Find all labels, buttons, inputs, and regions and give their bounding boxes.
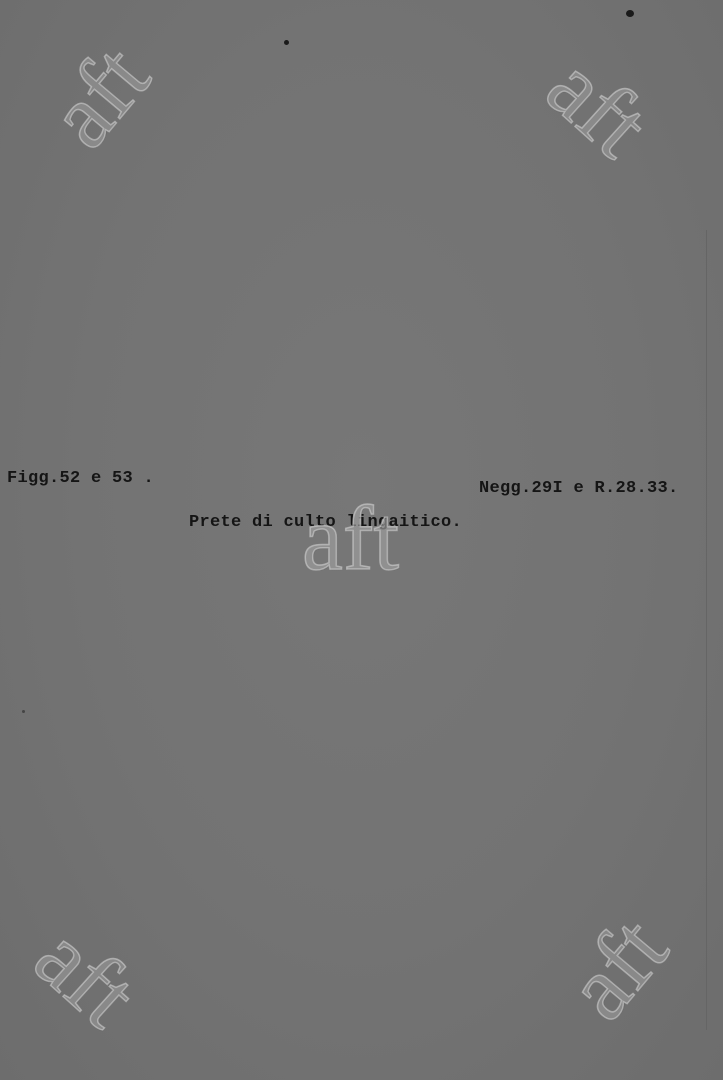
watermark-top-left: aft	[32, 29, 165, 162]
watermark-bottom-left: aft	[20, 909, 154, 1042]
negative-reference: Negg.29I e R.28.33.	[479, 479, 679, 498]
ink-speck	[22, 710, 25, 713]
scanned-card: aft aft aft aft Figg.52 e 53 . Negg.29I …	[0, 0, 723, 1080]
watermark-bottom-right: aft	[550, 901, 683, 1034]
watermark-top-right: aft	[532, 39, 666, 172]
ink-speck	[626, 10, 634, 17]
ink-speck	[284, 40, 289, 45]
figure-label: Figg.52 e 53 .	[7, 469, 154, 488]
watermark-center: aft	[302, 492, 399, 584]
card-edge-line	[706, 230, 707, 1030]
photo-caption: Prete di culto lingaitico.	[189, 513, 462, 532]
